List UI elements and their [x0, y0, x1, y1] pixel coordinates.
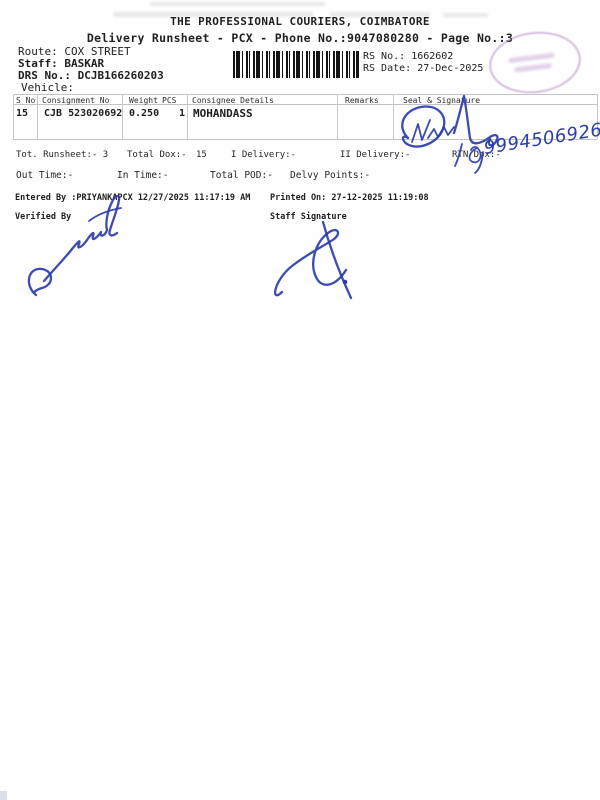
- cell-consignment: CJB 523020692: [44, 108, 122, 119]
- vehicle-label: Vehicle:: [21, 81, 74, 94]
- rs-date-label: RS Date:: [363, 63, 411, 74]
- drs-value: DCJB166260203: [78, 69, 164, 82]
- phone-number-text: 9994506926: [482, 119, 600, 158]
- col-header-weight: Weight: [129, 96, 158, 105]
- i-delivery: I Delivery:-: [231, 150, 296, 160]
- table-border: [13, 94, 597, 95]
- staff-signature: [266, 218, 381, 310]
- handwritten-phone-number: 9994506926: [463, 108, 600, 176]
- total-dox-label: Total Dox:-: [127, 150, 187, 160]
- table-border: [187, 94, 188, 139]
- col-header-consignment: Consignment No: [42, 96, 109, 105]
- total-dox-value: 15: [196, 150, 207, 160]
- delvy-points: Delvy Points:-: [290, 170, 370, 181]
- rs-no-line: RS No.: 1662602: [363, 51, 453, 62]
- cell-sno: 15: [16, 108, 28, 119]
- verified-by-signature: [22, 183, 137, 301]
- col-header-consignee: Consignee Details: [192, 96, 274, 105]
- runsheet-barcode: [233, 51, 359, 78]
- rs-date-line: RS Date: 27-Dec-2025: [363, 63, 483, 74]
- col-header-pcs: PCS: [162, 96, 176, 105]
- stamp-text-mark: [509, 53, 555, 64]
- col-header-sno: S No: [16, 96, 35, 105]
- tot-runsheet: Tot. Runsheet:- 3: [16, 150, 108, 160]
- total-pod: Total POD:-: [210, 170, 273, 181]
- cell-weight: 0.250: [129, 108, 159, 119]
- cell-consignee: MOHANDASS: [193, 107, 253, 120]
- vehicle-line: Vehicle:: [21, 81, 81, 94]
- company-title: THE PROFESSIONAL COURIERS, COIMBATORE: [0, 15, 600, 28]
- col-header-remarks: Remarks: [345, 96, 379, 105]
- rs-no-value: 1662602: [411, 51, 453, 62]
- stamp-text-mark: [515, 63, 552, 73]
- delivery-runsheet-document: THE PROFESSIONAL COURIERS, COIMBATORE De…: [0, 0, 600, 800]
- table-border: [13, 94, 14, 139]
- scan-smudge: [150, 2, 325, 6]
- rs-no-label: RS No.:: [363, 51, 405, 62]
- rs-date-value: 27-Dec-2025: [417, 63, 483, 74]
- table-border: [337, 94, 338, 139]
- scan-artifact: [0, 791, 7, 800]
- cell-pcs: 1: [179, 108, 185, 119]
- out-time: Out Time:-: [16, 170, 73, 181]
- printed-on-line: Printed On: 27-12-2025 11:19:08: [270, 193, 429, 203]
- in-time: In Time:-: [117, 170, 168, 181]
- table-border: [37, 94, 38, 139]
